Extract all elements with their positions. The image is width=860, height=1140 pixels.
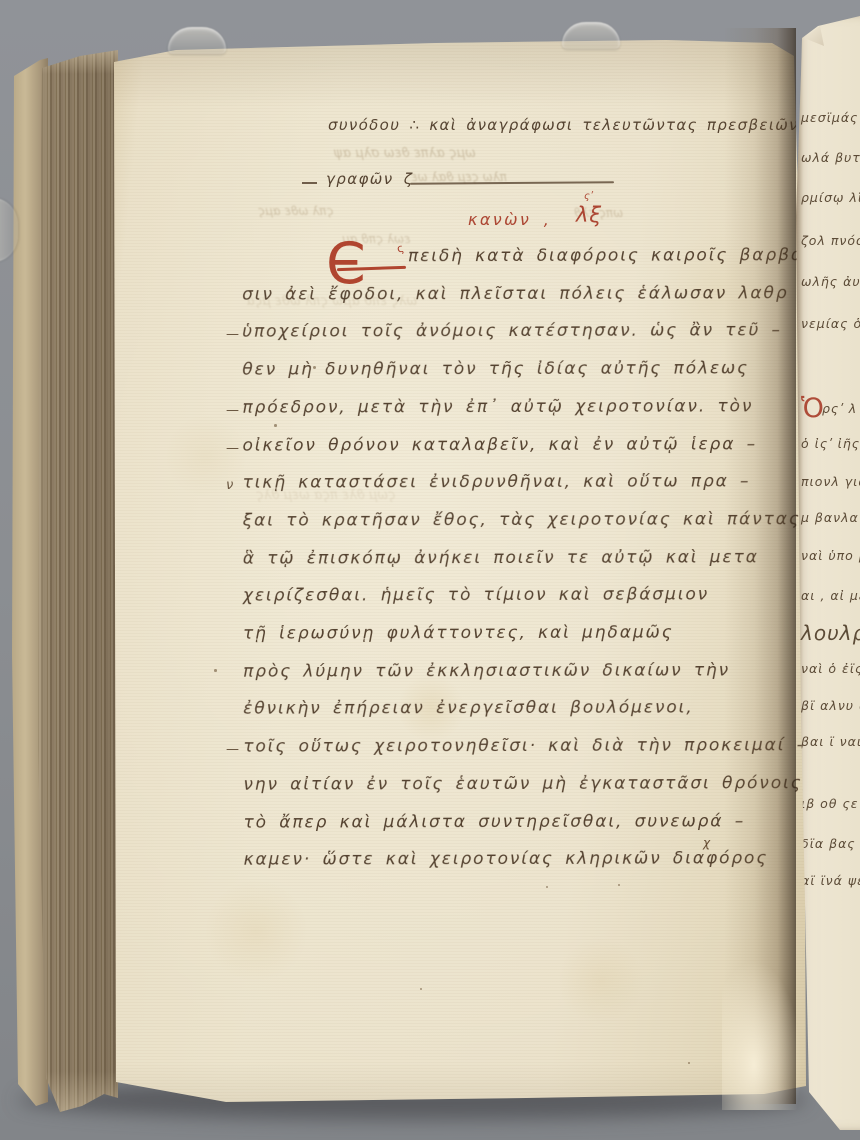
manuscript-photo-scene: ωμς αλπε ϑεω σλμ αψπλω ςεμ ϑαλ ωεςπλ ωϑε…: [0, 0, 860, 1140]
gutter-shadow: [724, 28, 796, 1104]
margin-mark: ν: [226, 478, 233, 493]
canon-heading-word: κανὼν ,: [468, 210, 551, 230]
catchword-text: γραφῶν ζ: [326, 170, 413, 189]
page-corner-fold: [794, 24, 824, 50]
show-through-text: ωπς ελϑ: [574, 206, 623, 220]
next-page-text-fragment: βαι ϊ ναι: [801, 734, 860, 749]
glass-weight: [562, 22, 620, 49]
manuscript-text-line: σιν ἀεὶ ἔφοδοι, καὶ πλεῖσται πόλεις ἑάλω…: [242, 283, 788, 306]
ink-speck: [214, 669, 217, 672]
canon-number-value: λξ: [576, 203, 602, 227]
paper-stain: [557, 937, 645, 1025]
next-page-text-fragment: μεσϊμάς πτ: [801, 110, 860, 125]
next-page-text-fragment: δϊα βας βα: [801, 836, 860, 851]
manuscript-text-line: πρόεδρον, μετὰ τὴν ἐπ᾽ αὐτῷ χειροτονίαν.…: [242, 396, 753, 419]
manuscript-text-line: τικῇ καταστάσει ἐνιδρυνθῆναι, καὶ οὕτω π…: [243, 472, 751, 495]
glass-weight: [168, 27, 226, 54]
show-through-text: ςωμ ϑλε πςα ωεμ ϑλς: [256, 488, 396, 503]
ink-speck: [618, 884, 620, 886]
ink-speck: [289, 289, 292, 292]
margin-mark: —: [226, 327, 239, 342]
next-page-text-fragment: ωλῆς ἀυξί: [801, 274, 860, 289]
ink-speck: [313, 366, 316, 369]
show-through-text: εωλ ςπϑ αμ: [342, 232, 411, 246]
initial-flourish-mark: ς: [395, 241, 405, 255]
next-page-text-fragment: νεμίας ὁ ἔςθ: [801, 316, 860, 331]
next-page-text-fragment: λουλρο: [801, 621, 860, 645]
canon-number-superscript: ςʹ: [584, 191, 593, 204]
next-page-text-fragment: αϊ ϊνά ψε: [801, 873, 860, 888]
margin-dash: [302, 182, 317, 184]
rubricated-initial: Є: [326, 236, 366, 293]
margin-mark: —: [226, 441, 239, 456]
paper-stain: [397, 674, 465, 742]
page-stack-fore-edge: [36, 48, 118, 1114]
manuscript-text-line: τὸ ἄπερ καὶ μάλιστα συντηρεῖσθαι, συνεωρ…: [243, 811, 745, 834]
line-filler-rule: [410, 181, 614, 184]
next-page-text-fragment: ζολ πνόση .: [801, 233, 860, 248]
show-through-text: πλω ςεμ ϑαλ ωε: [411, 170, 507, 184]
manuscript-text-line: οἰκεῖον θρόνον καταλαβεῖν, καὶ ἐν αὐτῷ ἱ…: [242, 434, 757, 457]
ink-speck: [546, 886, 548, 888]
next-page-text-fragment: πιονλ για β: [801, 474, 860, 489]
next-page-text-fragment: ὁ ἰςʹ ἰῆς: [801, 436, 860, 451]
manuscript-body-text: πειδὴ κατὰ διαφόροις καιροῖς βαρβαρικαὶ …: [242, 245, 782, 246]
manuscript-text-line: ξαι τὸ κρατῆσαν ἔθος, τὰς χειροτονίας κα…: [243, 509, 801, 532]
next-page-text-fragment: μ βανλα εἰ: [801, 510, 860, 525]
left-manuscript-page: ωμς αλπε ϑεω σλμ αψπλω ςεμ ϑαλ ωεςπλ ωϑε…: [106, 36, 806, 1108]
next-page-text-fragment: αι , αἰ με: [801, 588, 860, 603]
ink-speck: [688, 1062, 690, 1064]
show-through-text: ςπλ ωϑε αμς: [258, 204, 334, 218]
manuscript-text-line: ὑποχείριοι τοῖς ἀνόμοις κατέστησαν. ὡς ἂ…: [242, 321, 782, 344]
interlinear-correction-mark: χ: [703, 836, 712, 851]
manuscript-text-line: καμεν· ὥστε καὶ χειροτονίας κληρικῶν δια…: [244, 849, 769, 872]
paper-stain: [164, 414, 248, 498]
next-page-text-fragment: ναὶ ὑπο β ἀ: [801, 548, 860, 563]
manuscript-text-line: θεν μὴ δυνηθῆναι τὸν τῆς ἰδίας αὐτῆς πόλ…: [242, 358, 749, 381]
paper-stain: [204, 879, 308, 983]
manuscript-text-line: ἐθνικὴν ἐπήρειαν ἐνεργεῖσθαι βουλόμενοι,: [243, 698, 693, 720]
next-page-text-fragment: ωλά βυτϋ ου ἐ: [801, 150, 860, 165]
show-through-text: ωλς επϑ αμω ςπλ ωϑε μςα: [246, 294, 417, 309]
manuscript-text-line: τοῖς οὕτως χειροτονηθεῖσι· καὶ διὰ τὴν π…: [243, 735, 807, 758]
initial-crossbar: [337, 266, 406, 271]
manuscript-text-line: ἃ τῷ ἐπισκόπῳ ἀνήκει ποιεῖν τε αὐτῷ καὶ …: [243, 547, 759, 570]
ink-speck: [420, 988, 422, 990]
manuscript-text-line: πρὸς λύμην τῶν ἐκκλησιαστικῶν δικαίων τὴ…: [243, 660, 730, 683]
next-page-text-fragment: ιβ οθ ςε: [801, 796, 859, 811]
next-page-text-fragment: βϊ αλνυ ὦ: [801, 698, 860, 713]
gutter-bottom-highlight: [722, 960, 802, 1110]
next-page-text-fragment: ρςʹ λ: [822, 401, 857, 416]
manuscript-text-line: χειρίζεσθαι. ἡμεῖς τὸ τίμιον καὶ σεβάσμι…: [243, 585, 709, 607]
show-through-text: ωμς αλπε ϑεω σλμ αψ: [334, 146, 476, 161]
margin-mark: —: [226, 403, 239, 418]
manuscript-text-line: τῇ ἱερωσύνῃ φυλάττοντες, καὶ μηδαμῶς: [243, 623, 674, 645]
canon-number: λξ ςʹ: [576, 202, 602, 228]
next-page-text-fragment: ρμίσῳ λϊ ον ἐ: [801, 190, 860, 205]
next-page-text-fragment: ναὶ ὁ ἐϊςο: [801, 661, 860, 676]
ink-speck: [274, 424, 277, 427]
margin-mark: —: [226, 742, 239, 757]
